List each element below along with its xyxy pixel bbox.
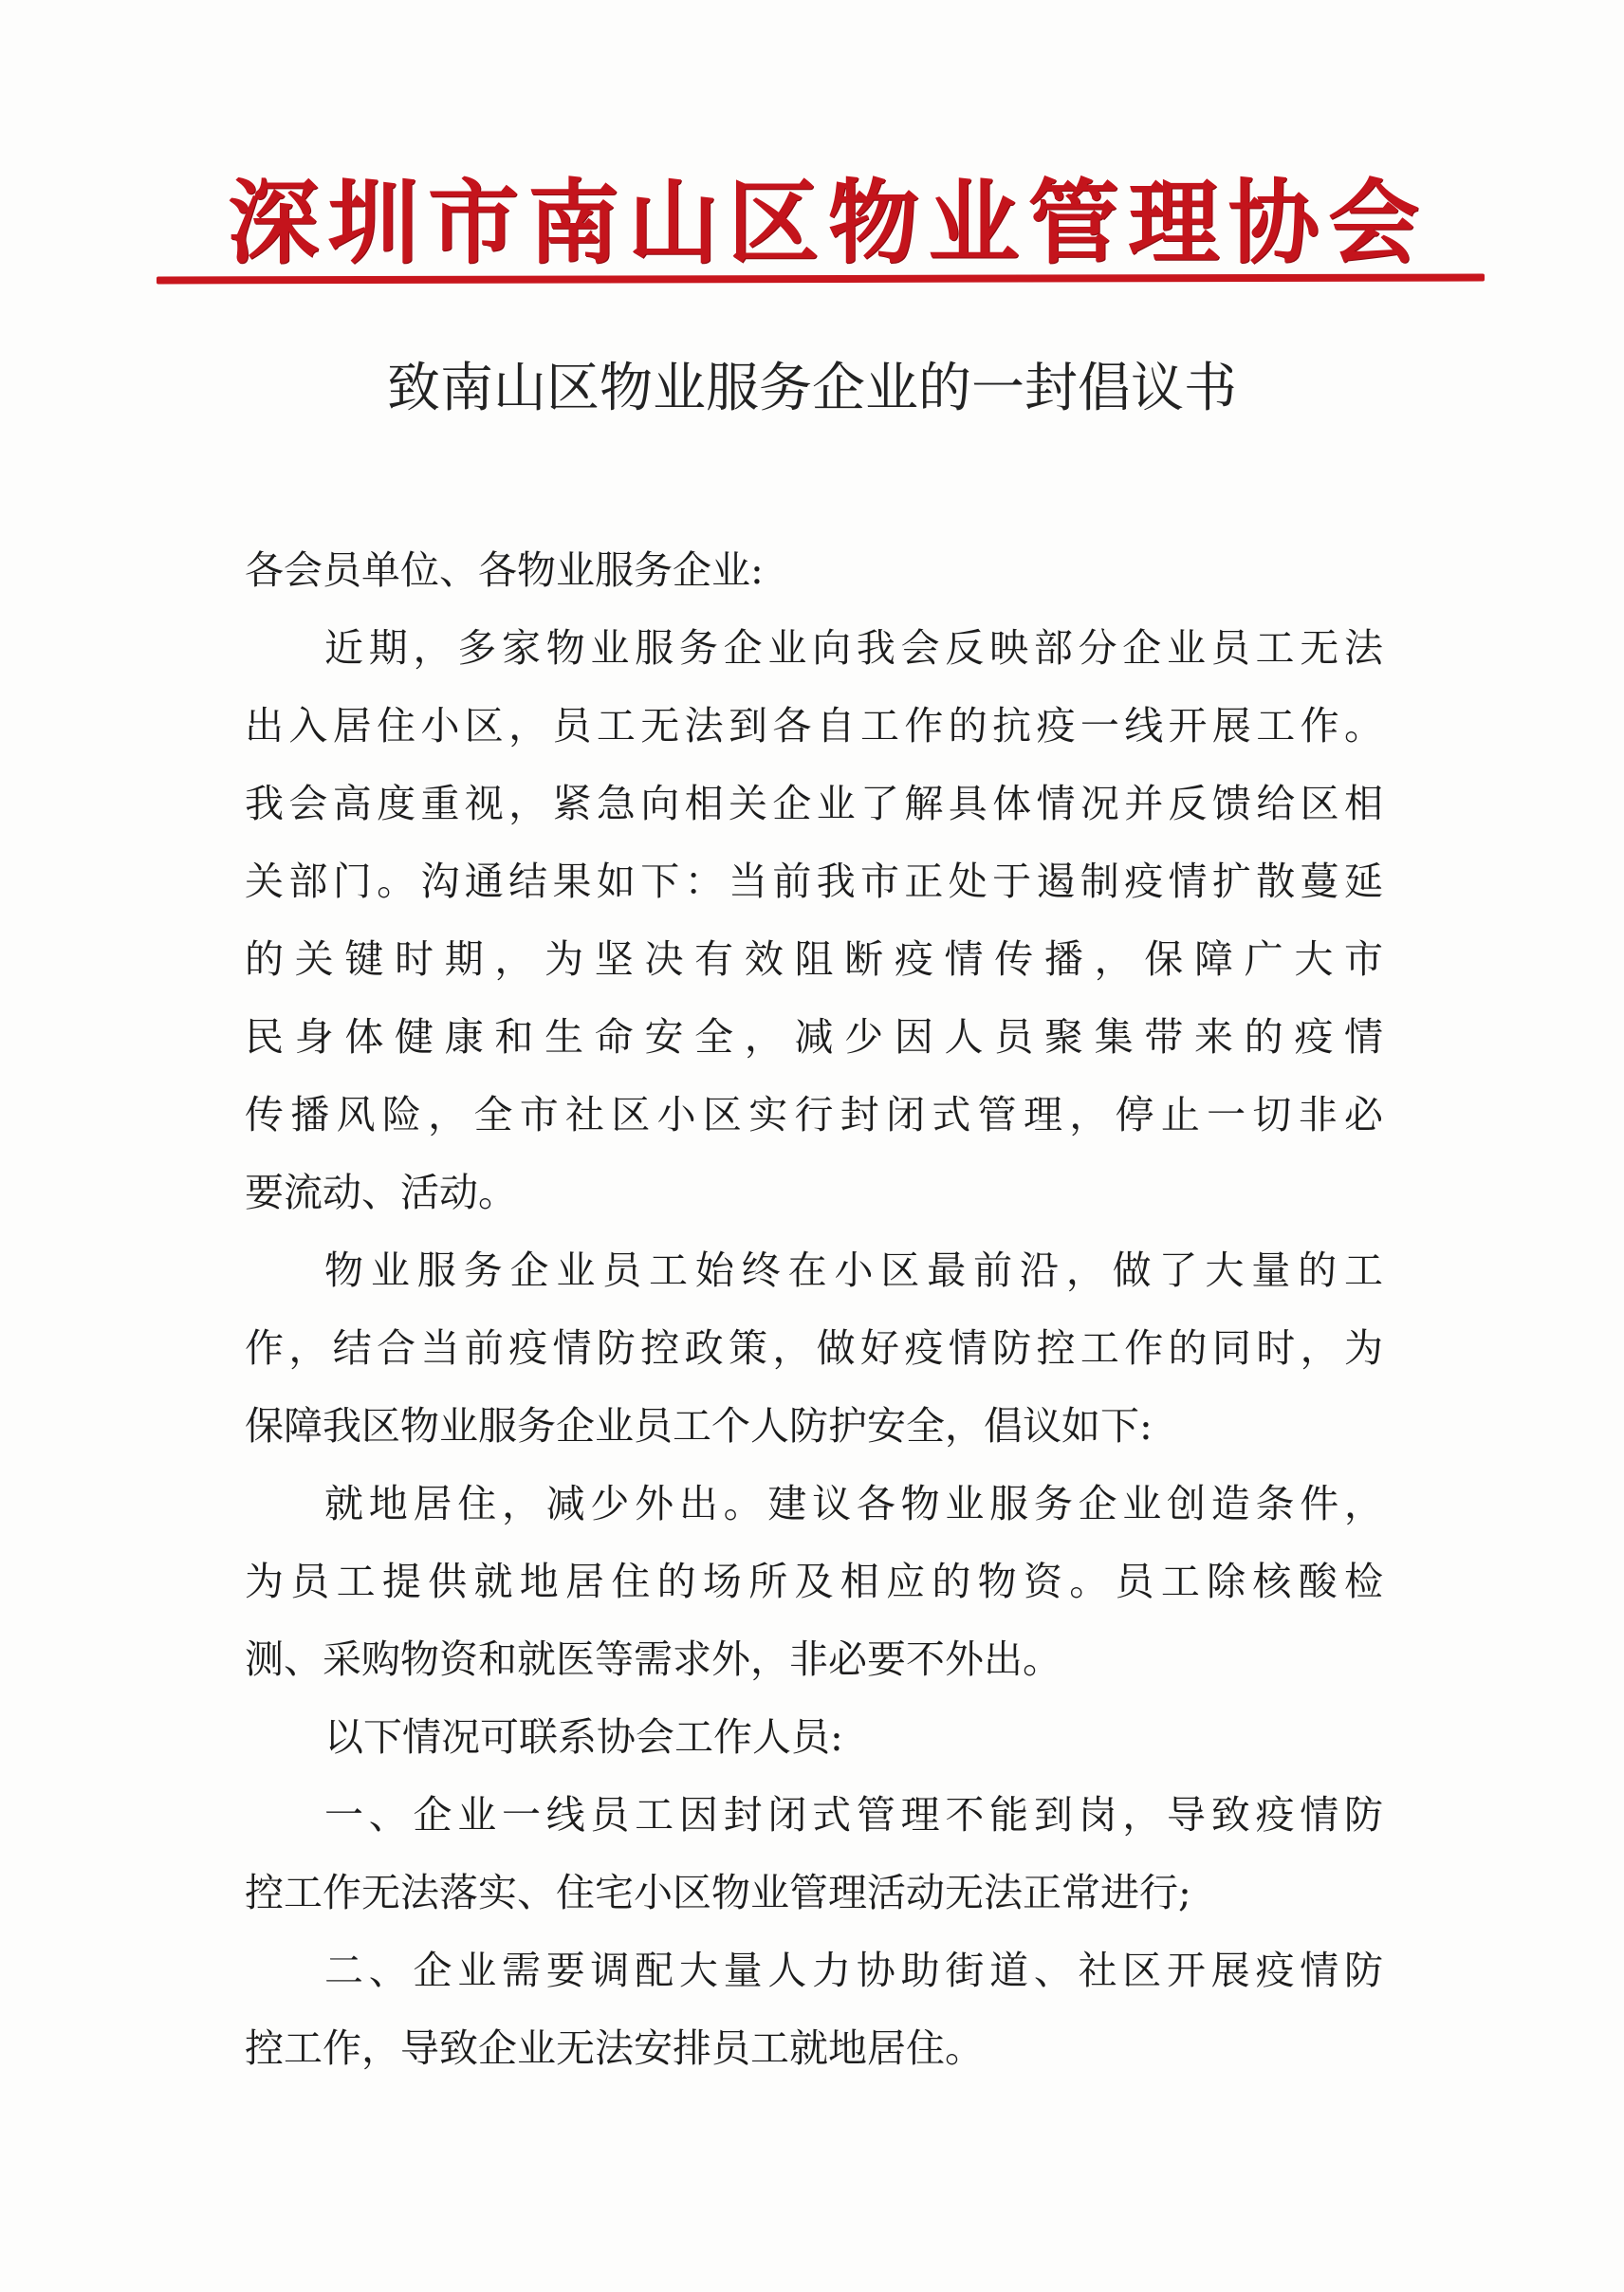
text-line: 作，结合当前疫情防控政策，做好疫情防控工作的同时，为 xyxy=(245,1309,1383,1387)
letterhead-red-rule xyxy=(157,274,1485,285)
letterhead-organization: 深圳市南山区物业管理协会 xyxy=(228,171,1423,275)
paragraph-2: 物业服务企业员工始终在小区最前沿，做了大量的工 作，结合当前疫情防控政策，做好疫… xyxy=(245,1231,1383,1465)
text-line: 测、采购物资和就医等需求外，非必要不外出。 xyxy=(245,1620,1383,1698)
text-line: 的关键时期，为坚决有效阻断疫情传播，保障广大市 xyxy=(245,920,1383,998)
text-line: 二、企业需要调配大量人力协助街道、社区开展疫情防 xyxy=(245,1932,1383,2009)
text-line: 控工作，导致企业无法安排员工就地居住。 xyxy=(245,2009,1383,2087)
text-line: 我会高度重视，紧急向相关企业了解具体情况并反馈给区相 xyxy=(245,765,1383,842)
paragraph-3: 就地居住，减少外出。建议各物业服务企业创造条件， 为员工提供就地居住的场所及相应… xyxy=(245,1465,1383,1698)
text-line: 就地居住，减少外出。建议各物业服务企业创造条件， xyxy=(245,1465,1383,1543)
text-line: 以下情况可联系协会工作人员: xyxy=(245,1698,1383,1776)
text-line: 为员工提供就地居住的场所及相应的物资。员工除核酸检 xyxy=(245,1543,1383,1620)
text-line: 出入居住小区，员工无法到各自工作的抗疫一线开展工作。 xyxy=(245,687,1383,765)
paragraph-4: 以下情况可联系协会工作人员: xyxy=(245,1698,1383,1776)
text-line: 物业服务企业员工始终在小区最前沿，做了大量的工 xyxy=(245,1231,1383,1309)
letter-body: 各会员单位、各物业服务企业: 近期，多家物业服务企业向我会反映部分企业员工无法 … xyxy=(245,531,1383,2087)
text-line: 一、企业一线员工因封闭式管理不能到岗，导致疫情防 xyxy=(245,1776,1383,1854)
text-line: 控工作无法落实、住宅小区物业管理活动无法正常进行; xyxy=(245,1854,1383,1932)
salutation: 各会员单位、各物业服务企业: xyxy=(245,531,1383,609)
paragraph-1: 近期，多家物业服务企业向我会反映部分企业员工无法 出入居住小区，员工无法到各自工… xyxy=(245,609,1383,1231)
paragraph-5: 一、企业一线员工因封闭式管理不能到岗，导致疫情防 控工作无法落实、住宅小区物业管… xyxy=(245,1776,1383,1932)
text-line: 近期，多家物业服务企业向我会反映部分企业员工无法 xyxy=(245,609,1383,687)
text-line: 传播风险，全市社区小区实行封闭式管理，停止一切非必 xyxy=(245,1076,1383,1154)
text-line: 民身体健康和生命安全，减少因人员聚集带来的疫情 xyxy=(245,998,1383,1076)
paragraph-6: 二、企业需要调配大量人力协助街道、社区开展疫情防 控工作，导致企业无法安排员工就… xyxy=(245,1932,1383,2087)
text-line: 保障我区物业服务企业员工个人防护安全，倡议如下: xyxy=(245,1387,1383,1465)
text-line: 要流动、活动。 xyxy=(245,1154,1383,1231)
document-title: 致南山区物业服务企业的一封倡议书 xyxy=(0,351,1624,427)
text-line: 关部门。沟通结果如下：当前我市正处于遏制疫情扩散蔓延 xyxy=(245,842,1383,920)
